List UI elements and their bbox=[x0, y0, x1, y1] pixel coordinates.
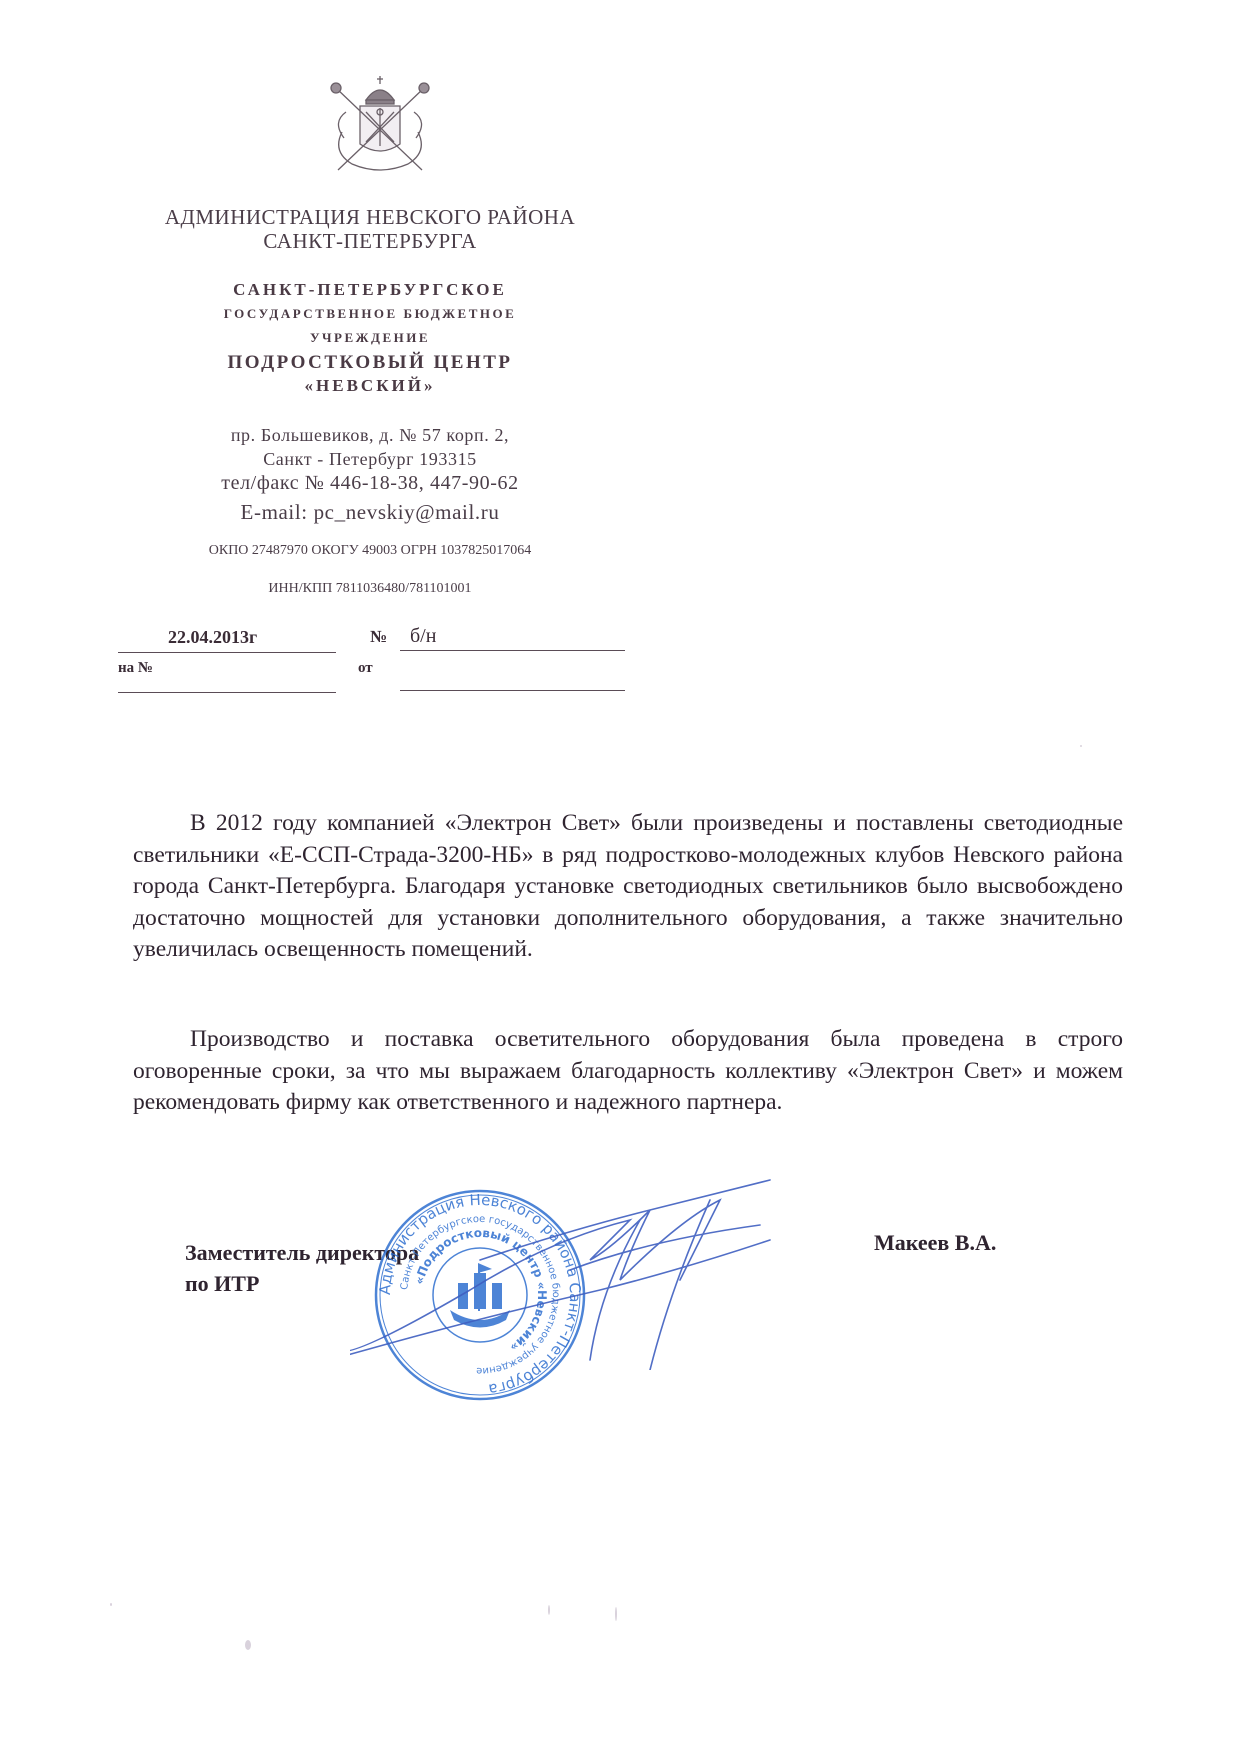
scan-speck bbox=[110, 1603, 112, 1606]
scan-speck bbox=[1080, 745, 1082, 747]
number-value: б/н bbox=[410, 625, 436, 648]
ref-number-label: на № bbox=[118, 660, 153, 677]
address-city: Санкт - Петербург 193315 bbox=[130, 449, 610, 470]
ref-from-label: от bbox=[358, 660, 373, 677]
address-phone: тел/факс № 446-18-38, 447-90-62 bbox=[130, 472, 610, 495]
ref-from-underline bbox=[400, 690, 625, 691]
org-name-line-2: ГОСУДАРСТВЕННОЕ БЮДЖЕТНОЕ bbox=[130, 306, 610, 322]
registration-codes: ОКПО 27487970 ОКОГУ 49003 ОГРН 103782501… bbox=[130, 543, 610, 559]
signatory-name: Макеев В.А. bbox=[874, 1230, 996, 1256]
body-paragraph-1: В 2012 году компанией «Электрон Свет» бы… bbox=[133, 808, 1123, 966]
date-underline bbox=[118, 652, 336, 653]
coat-of-arms-icon bbox=[322, 72, 438, 178]
paragraph-text: В 2012 году компанией «Электрон Свет» бы… bbox=[133, 808, 1123, 966]
org-name-line-1: САНКТ-ПЕТЕРБУРГСКОЕ bbox=[130, 280, 610, 300]
tax-id: ИНН/КПП 7811036480/781101001 bbox=[130, 581, 610, 597]
body-paragraph-2: Производство и поставка осветительного о… bbox=[133, 1024, 1123, 1119]
org-name-line-4: ПОДРОСТКОВЫЙ ЦЕНТР bbox=[130, 352, 610, 374]
org-name-line-5: «НЕВСКИЙ» bbox=[130, 376, 610, 396]
address-street: пр. Большевиков, д. № 57 корп. 2, bbox=[130, 425, 610, 446]
letter-date: 22.04.2013г bbox=[168, 627, 257, 648]
number-underline bbox=[400, 650, 625, 651]
org-name-line-3: УЧРЕЖДЕНИЕ bbox=[130, 330, 610, 346]
scan-speck bbox=[245, 1640, 251, 1650]
number-label: № bbox=[370, 627, 387, 647]
scan-speck bbox=[615, 1607, 617, 1621]
paragraph-text: Производство и поставка осветительного о… bbox=[133, 1024, 1123, 1119]
administration-line-2: САНКТ-ПЕТЕРБУРГА bbox=[130, 229, 610, 253]
handwritten-signature-icon bbox=[350, 1170, 870, 1370]
ref-number-underline bbox=[118, 692, 336, 693]
address-email: E-mail: pc_nevskiy@mail.ru bbox=[130, 500, 610, 525]
administration-heading: АДМИНИСТРАЦИЯ НЕВСКОГО РАЙОНА САНКТ-ПЕТЕ… bbox=[130, 205, 610, 253]
administration-line-1: АДМИНИСТРАЦИЯ НЕВСКОГО РАЙОНА bbox=[130, 205, 610, 229]
scan-speck bbox=[548, 1605, 550, 1615]
